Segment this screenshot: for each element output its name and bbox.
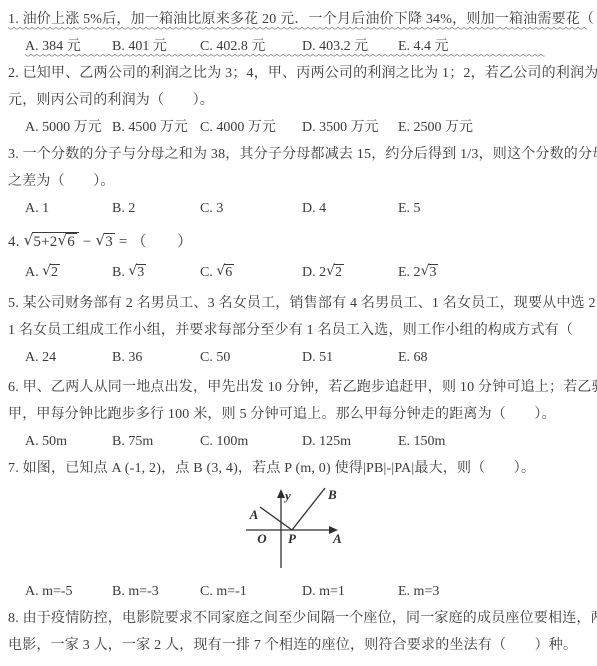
option-b: B. √3 <box>112 259 200 286</box>
option-b: B. 401 元 <box>112 33 200 60</box>
option-c: C. √6 <box>200 259 302 286</box>
question-text: 3. 一个分数的分子与分母之和为 38，其分子分母都减去 15，约分后得到 1/… <box>8 141 589 168</box>
option-e: E. 68 <box>398 344 589 371</box>
options-row: A. √2 B. √3 C. √6 D. 2√2 E. 2√3 <box>8 259 589 286</box>
question-text: 7. 如图，已知点 A (-1, 2)，点 B (3, 4)，若点 P (m, … <box>8 455 589 482</box>
option-b: B. 36 <box>112 344 200 371</box>
options-row: A. m=-5 B. m=-3 C. m=-1 D. m=1 E. m=3 <box>8 578 589 605</box>
question-4: 4. √5+2√6 − √3 = （ ） A. √2 B. √3 C. √6 D… <box>8 224 589 286</box>
option-b: B. m=-3 <box>112 578 200 605</box>
option-d: D. 125m <box>302 428 398 455</box>
question-text: 之差为（ ）。 <box>8 168 589 195</box>
option-a: A. 24 <box>25 344 112 371</box>
y-axis-label: y <box>283 488 291 503</box>
question-text: 1. 油价上涨 5%后，加一箱油比原来多花 20 元．一个月后油价下降 34%，… <box>8 6 589 33</box>
question-text: 1 名女员工组成工作小组，并要求每部分至少有 1 名员工入选，则工作小组的构成方… <box>8 317 589 344</box>
question-7: 7. 如图，已知点 A (-1, 2)，点 B (3, 4)，若点 P (m, … <box>8 455 589 605</box>
option-d: D. 403.2 元 <box>302 33 398 60</box>
option-e: E. m=3 <box>398 578 589 605</box>
question-1: 1. 油价上涨 5%后，加一箱油比原来多花 20 元．一个月后油价下降 34%，… <box>8 6 589 60</box>
question-text: 2. 已知甲、乙两公司的利润之比为 3；4，甲、丙两公司的利润之比为 1；2，若… <box>8 60 589 87</box>
option-a: A. √2 <box>25 259 112 286</box>
question-text: 6. 甲、乙两人从同一地点出发，甲先出发 10 分钟，若乙跑步追赶甲，则 10 … <box>8 374 589 401</box>
option-c: C. 3 <box>200 195 302 222</box>
segment-pb <box>292 488 325 530</box>
options-row: A. 50m B. 75m C. 100m D. 125m E. 150m <box>8 428 589 455</box>
option-b: B. 2 <box>112 195 200 222</box>
question-3: 3. 一个分数的分子与分母之和为 38，其分子分母都减去 15，约分后得到 1/… <box>8 141 589 222</box>
option-c: C. 100m <box>200 428 302 455</box>
point-p-label: P <box>288 531 297 546</box>
option-a: A. 1 <box>25 195 112 222</box>
point-b-label: B <box>327 487 337 502</box>
option-b: B. 4500 万元 <box>112 114 200 141</box>
option-d: D. m=1 <box>302 578 398 605</box>
option-e: E. 2500 万元 <box>398 114 589 141</box>
option-d: D. 51 <box>302 344 398 371</box>
option-d: D. 4 <box>302 195 398 222</box>
segment-pa <box>260 507 292 530</box>
option-c: C. 402.8 元 <box>200 33 302 60</box>
question-6: 6. 甲、乙两人从同一地点出发，甲先出发 10 分钟，若乙跑步追赶甲，则 10 … <box>8 374 589 455</box>
x-axis-label: A <box>332 531 342 546</box>
options-row: A. 5000 万元 B. 4500 万元 C. 4000 万元 D. 3500… <box>8 114 589 141</box>
option-e: E. 150m <box>398 428 589 455</box>
option-c: C. m=-1 <box>200 578 302 605</box>
coordinate-figure: y A O P A B <box>226 486 406 578</box>
question-5: 5. 某公司财务部有 2 名男员工、3 名女员工，销售部有 4 名男员工、1 名… <box>8 290 589 371</box>
option-a: A. m=-5 <box>25 578 112 605</box>
question-text: 5. 某公司财务部有 2 名男员工、3 名女员工，销售部有 4 名男员工、1 名… <box>8 290 589 317</box>
question-text: 甲，甲每分钟比跑步多行 100 米，则 5 分钟可追上。那么甲每分钟走的距离为（… <box>8 401 589 428</box>
options-row: A. 1 B. 2 C. 3 D. 4 E. 5 <box>8 195 589 222</box>
option-b: B. 75m <box>112 428 200 455</box>
options-row: A. 24 B. 36 C. 50 D. 51 E. 68 <box>8 344 589 371</box>
origin-label: O <box>257 531 267 546</box>
y-axis-arrow-icon <box>277 489 285 498</box>
question-formula: 4. √5+2√6 − √3 = （ ） <box>8 224 589 259</box>
question-2: 2. 已知甲、乙两公司的利润之比为 3；4，甲、丙两公司的利润之比为 1；2，若… <box>8 60 589 141</box>
option-e: E. 2√3 <box>398 259 589 286</box>
question-text: 元，则丙公司的利润为（ ）。 <box>8 87 589 114</box>
question-8: 8. 由于疫情防控，电影院要求不同家庭之间至少间隔一个座位，同一家庭的成员座位要… <box>8 605 589 659</box>
option-c: C. 50 <box>200 344 302 371</box>
option-a: A. 50m <box>25 428 112 455</box>
option-a: A. 5000 万元 <box>25 114 112 141</box>
document-page: 1. 油价上涨 5%后，加一箱油比原来多花 20 元．一个月后油价下降 34%，… <box>0 0 597 659</box>
option-d: D. 3500 万元 <box>302 114 398 141</box>
option-e: E. 5 <box>398 195 589 222</box>
point-a-label: A <box>249 507 259 522</box>
options-row: A. 384 元 B. 401 元 C. 402.8 元 D. 403.2 元 … <box>8 33 589 60</box>
question-text: 电影，一家 3 人，一家 2 人，现有一排 7 个相连的座位，则符合要求的坐法有… <box>8 632 589 659</box>
option-c: C. 4000 万元 <box>200 114 302 141</box>
option-a: A. 384 元 <box>25 33 112 60</box>
option-e: E. 4.4 元 <box>398 33 589 60</box>
option-d: D. 2√2 <box>302 259 398 286</box>
question-text: 8. 由于疫情防控，电影院要求不同家庭之间至少间隔一个座位，同一家庭的成员座位要… <box>8 605 589 632</box>
